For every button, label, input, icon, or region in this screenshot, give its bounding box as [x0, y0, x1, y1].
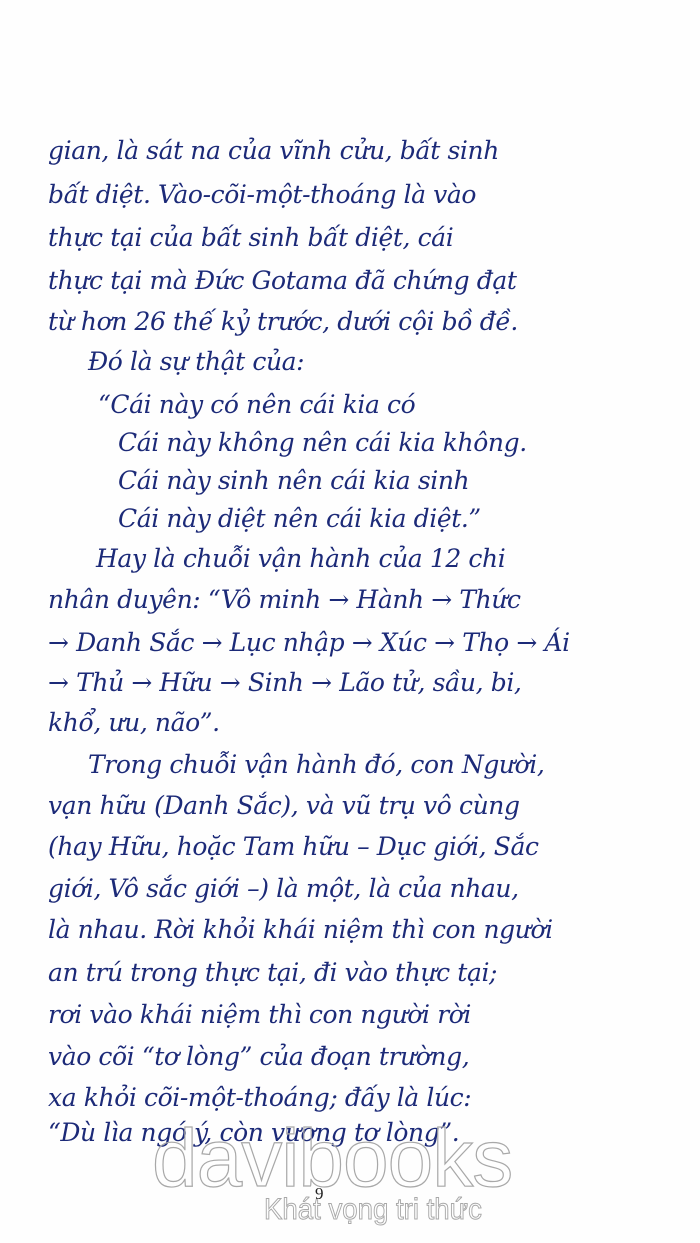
- text-line: vào cõi “tơ lòng” của đoạn trường,: [48, 1042, 469, 1071]
- text-line: giới, Vô sắc giới –) là một, là của nhau…: [48, 874, 519, 903]
- text-line: thực tại mà Đức Gotama đã chứng đạt: [48, 266, 516, 295]
- text-line: → Danh Sắc → Lục nhập → Xúc → Thọ → Ái: [48, 628, 570, 657]
- manuscript-page: gian, là sát na của vĩnh cửu, bất sinh b…: [0, 0, 700, 1243]
- text-line: Trong chuỗi vận hành đó, con Người,: [88, 750, 544, 779]
- watermark-brand: davibooks: [152, 1118, 512, 1200]
- text-line: an trú trong thực tại, đi vào thực tại;: [48, 958, 497, 987]
- text-line: rơi vào khái niệm thì con người rời: [48, 1000, 471, 1029]
- text-line: khổ, ưu, não”.: [48, 708, 220, 737]
- watermark-tagline: Khát vọng tri thức: [264, 1195, 482, 1225]
- text-line: → Thủ → Hữu → Sinh → Lão tử, sầu, bi,: [48, 668, 521, 697]
- text-line: xa khỏi cõi-một-thoáng; đấy là lúc:: [48, 1083, 471, 1112]
- text-line: vạn hữu (Danh Sắc), và vũ trụ vô cùng: [48, 791, 520, 820]
- text-line: gian, là sát na của vĩnh cửu, bất sinh: [48, 136, 499, 165]
- text-line: (hay Hữu, hoặc Tam hữu – Dục giới, Sắc: [48, 832, 539, 861]
- text-line: Đó là sự thật của:: [88, 347, 304, 376]
- quote-line: Cái này không nên cái kia không.: [118, 428, 527, 457]
- text-line: thực tại của bất sinh bất diệt, cái: [48, 223, 453, 252]
- text-line: bất diệt. Vào-cõi-một-thoáng là vào: [48, 180, 476, 209]
- text-line: nhân duyên: “Vô minh → Hành → Thức: [48, 585, 521, 614]
- quote-line: “Cái này có nên cái kia có: [98, 390, 415, 419]
- quote-line: Cái này sinh nên cái kia sinh: [118, 466, 469, 495]
- page-number: 9: [315, 1185, 324, 1202]
- quote-line: Cái này diệt nên cái kia diệt.”: [118, 504, 481, 533]
- text-line: từ hơn 26 thế kỷ trước, dưới cội bồ đề.: [48, 307, 518, 336]
- text-line: Hay là chuỗi vận hành của 12 chi: [96, 544, 505, 573]
- text-line: là nhau. Rời khỏi khái niệm thì con ngườ…: [48, 915, 553, 944]
